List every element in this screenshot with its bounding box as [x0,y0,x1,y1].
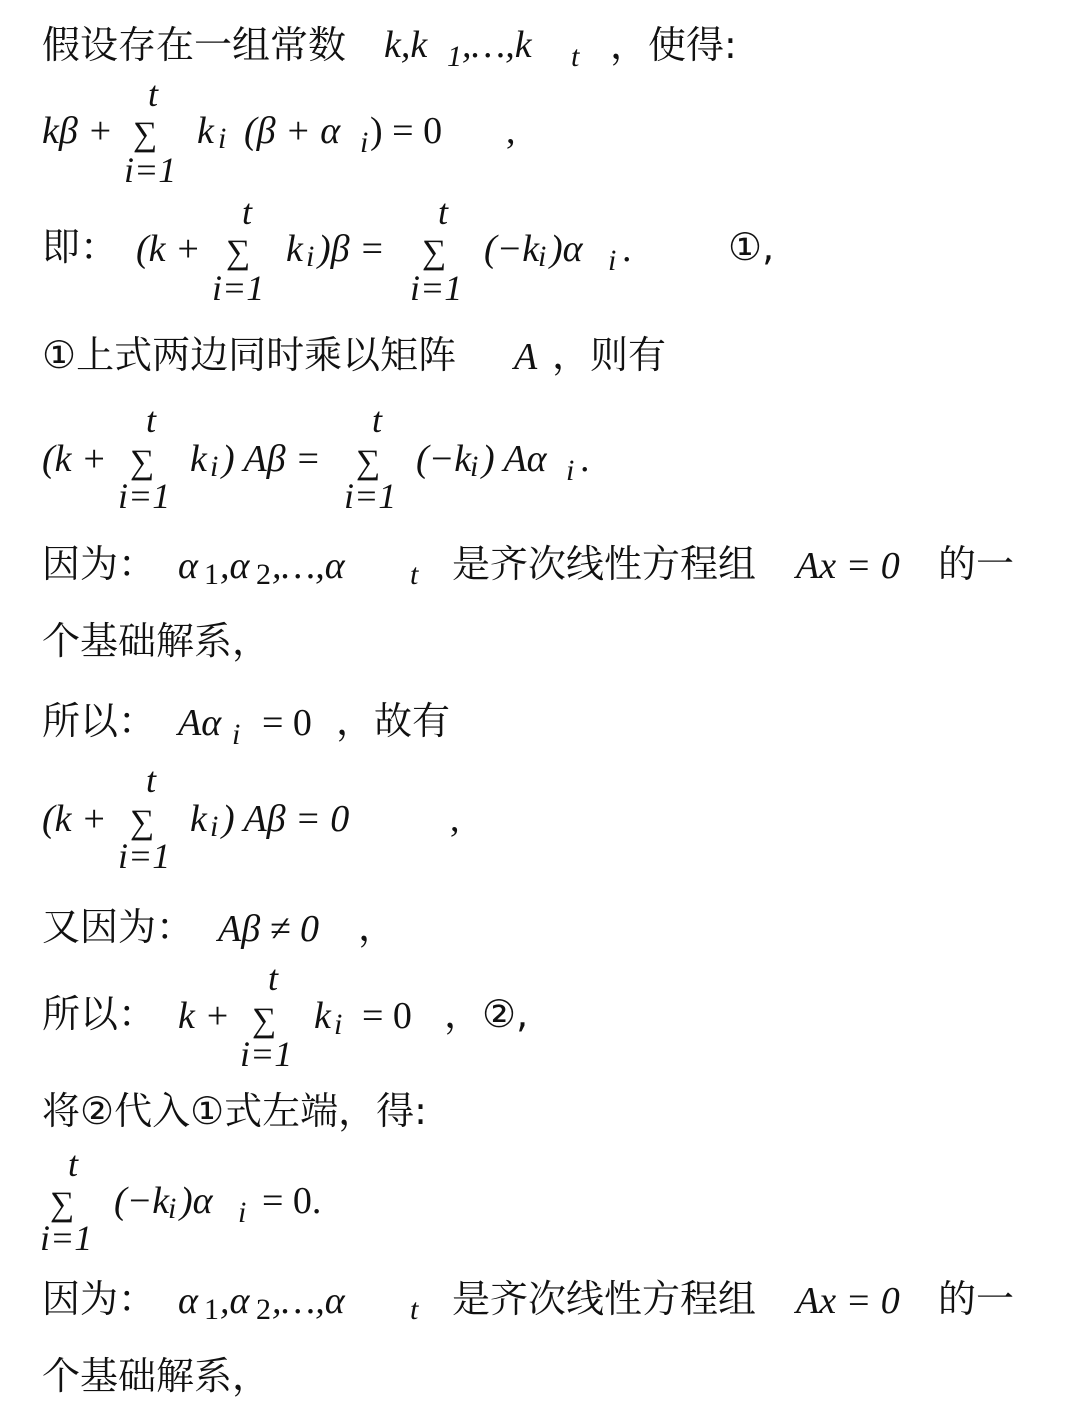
a-alpha: Aα [178,704,221,742]
eq-zero: = 0 [362,997,412,1035]
eq-body: (β + α [244,112,340,150]
k-subscript: i [334,1010,342,1040]
neg-k: (−k [484,230,539,268]
eq-close: )α [180,1182,213,1220]
subscript-t: t [571,42,579,72]
subscript-1: 1 [204,560,219,590]
eq-close: )α [550,230,583,268]
alpha-2: ,α [220,1282,249,1320]
sum-sigma-icon: ∑ [133,118,157,152]
multiply-text: ①上式两边同时乘以矩阵 [42,336,456,374]
eq-prefix: (k + [42,800,107,838]
sum-upper-limit: t [146,762,156,798]
sum-sigma-icon: ∑ [252,1004,276,1038]
so-text: 所以： [42,995,156,1033]
homogeneous-system-text: 是齐次线性方程组 [452,545,756,583]
k-subscript: i [210,812,218,842]
sum-sigma-icon: ∑ [50,1188,74,1222]
eq-mid: ) Aβ = [222,440,321,478]
of-one-text: 的一 [938,545,1014,583]
sum-upper-limit-2: t [438,194,448,230]
eq-prefix: (k + [136,230,201,268]
k-subscript: i [306,242,314,272]
alpha-t: ,…,α [272,547,345,585]
sum-upper-limit: t [146,402,156,438]
because-text: 因为： [42,1280,156,1318]
k-subscript: i [210,452,218,482]
sum-lower-limit: i=1 [118,838,170,874]
subscript-t: t [410,560,418,590]
namely-text: 即： [42,228,118,266]
sum-upper-limit: t [242,194,252,230]
sum-lower-limit: i=1 [118,478,170,514]
alpha-subscript: i [360,128,368,158]
eq-zero: = 0. [262,1182,321,1220]
eq-comma: , [450,800,460,838]
k-var: k [190,440,207,478]
eq-prefix: (k + [42,440,107,478]
substitute-text: 将②代入①式左端，得: [42,1092,427,1130]
k-var: k [314,997,331,1035]
sum-sigma-icon: ∑ [130,806,154,840]
basis-solution-text: 个基础解系， [42,622,270,660]
system-equation: Ax = 0 [796,547,900,585]
sum-lower-limit: i=1 [212,270,264,306]
subscript-2: 2 [256,1295,271,1325]
eq-close: ) Aα [482,440,547,478]
sum-sigma-icon-2: ∑ [422,236,446,270]
eq-mid: )β = [318,230,385,268]
sum-upper-limit-2: t [372,402,382,438]
neg-k: (−k [416,440,471,478]
eq-comma: , [506,112,516,150]
hence-text: ，故有 [336,702,450,740]
of-one-text: 的一 [938,1280,1014,1318]
marker-two: ，②, [444,995,528,1033]
a-beta-nonzero: Aβ ≠ 0 [218,910,319,948]
sum-sigma-icon: ∑ [226,236,250,270]
constants-k: k,k [384,26,427,64]
sum-lower-limit: i=1 [40,1220,92,1256]
sum-lower-limit-2: i=1 [344,478,396,514]
sum-upper-limit: t [268,960,278,996]
matrix-a: A [514,338,537,376]
subscript-1: 1 [447,42,462,72]
assumption-text: 假设存在一组常数 [42,26,346,64]
subscript-2: 2 [256,560,271,590]
k-var: k [286,230,303,268]
marker-one: ①, [728,228,774,266]
alpha-subscript: i [232,720,240,750]
sum-lower-limit: i=1 [240,1036,292,1072]
k-subscript: i [168,1194,176,1224]
subscript-t: t [410,1295,418,1325]
also-because-text: 又因为： [42,908,194,946]
such-that-text: ，使得: [610,26,737,64]
k-subscript: i [218,124,226,154]
neg-k: (−k [114,1182,169,1220]
eq-prefix: k + [178,997,230,1035]
system-equation: Ax = 0 [796,1282,900,1320]
k-var: k [197,112,214,150]
eq-zero: = 0 [262,704,312,742]
sum-upper-limit: t [68,1146,78,1182]
alpha-subscript: i [238,1198,246,1228]
so-text: 所以： [42,702,156,740]
eq-dot: . [622,230,632,268]
sum-upper-limit: t [148,76,158,112]
alpha-subscript: i [608,246,616,276]
eq-dot: . [580,440,590,478]
subscript-1: 1 [204,1295,219,1325]
alpha-2: ,α [220,547,249,585]
alpha-t: ,…,α [272,1282,345,1320]
alpha-subscript: i [566,456,574,486]
constants-ellipsis: ,…,k [462,26,532,64]
eq-prefix: kβ + [42,112,113,150]
then-text: ，则有 [552,336,666,374]
eq-suffix: ) = 0 [370,112,442,150]
sum-sigma-icon: ∑ [130,446,154,480]
sum-sigma-icon-2: ∑ [356,446,380,480]
eq-comma: ， [358,908,396,946]
k-subscript-2: i [538,242,546,272]
sum-lower-limit: i=1 [124,152,176,188]
alpha-1: α [178,1282,198,1320]
because-text: 因为： [42,545,156,583]
homogeneous-system-text: 是齐次线性方程组 [452,1280,756,1318]
k-subscript-2: i [470,452,478,482]
alpha-1: α [178,547,198,585]
k-var: k [190,800,207,838]
sum-lower-limit-2: i=1 [410,270,462,306]
eq-suffix: ) Aβ = 0 [222,800,349,838]
basis-solution-text: 个基础解系， [42,1357,270,1395]
